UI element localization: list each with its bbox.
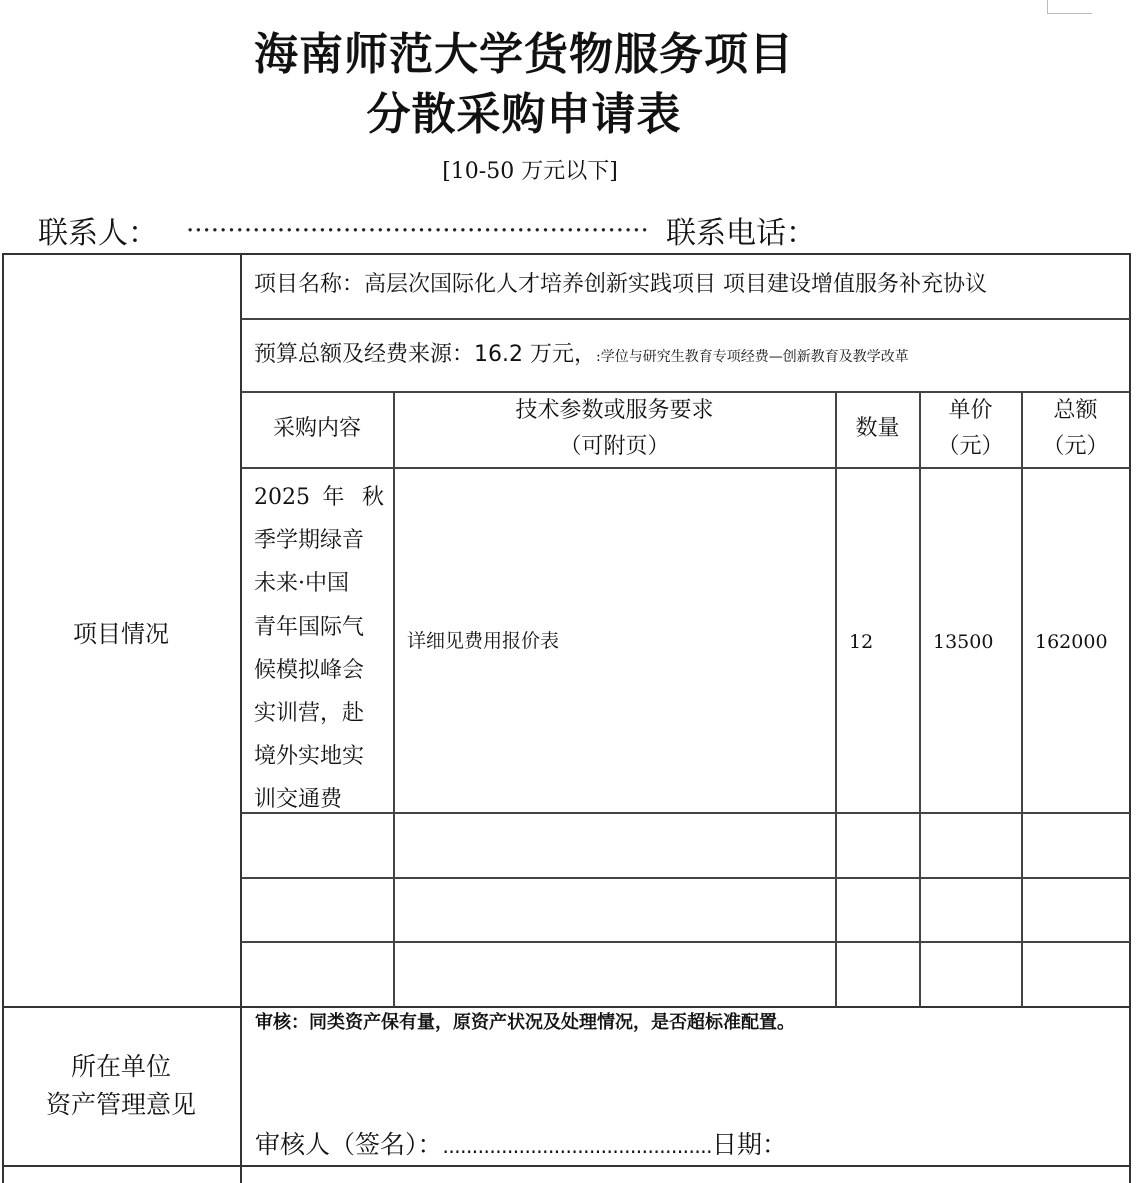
budget-source[interactable]: :学位与研究生教育专项经费—创新教育及教学改革 bbox=[596, 349, 909, 365]
header-requirements-note: （可附页） bbox=[394, 434, 835, 460]
row-divider bbox=[241, 467, 1130, 469]
budget-row: 预算总额及经费来源：16.2 万元，:学位与研究生教育专项经费—创新教育及教学改… bbox=[254, 342, 909, 368]
table-row-2-empty[interactable] bbox=[243, 814, 1128, 876]
asset-section-label-line1: 所在单位 bbox=[2, 1052, 240, 1082]
reviewer-signature-line: 审核人（签名）：................................… bbox=[255, 1130, 787, 1160]
content-line: 境外实地实 bbox=[254, 735, 384, 778]
header-unit-price-unit: （元） bbox=[920, 434, 1021, 460]
project-name-label: 项目名称： bbox=[254, 272, 364, 297]
contact-person-field[interactable]: ........................................… bbox=[186, 208, 648, 238]
document-subtitle: [10-50 万元以下] bbox=[0, 154, 1060, 185]
content-line: 未来·中国 bbox=[254, 562, 384, 605]
header-quantity: 数量 bbox=[836, 416, 919, 442]
contact-phone-label: 联系电话： bbox=[666, 208, 816, 252]
project-name-row: 项目名称：高层次国际化人才培养创新实践项目 项目建设增值服务补充协议 bbox=[254, 272, 987, 298]
header-total: 总额 bbox=[1022, 398, 1129, 424]
header-requirements: 技术参数或服务要求 bbox=[394, 398, 835, 424]
table-row-4-empty[interactable] bbox=[243, 943, 1128, 1005]
row-divider bbox=[241, 318, 1130, 320]
table-border-top bbox=[2, 253, 1131, 255]
project-section-label: 项目情况 bbox=[2, 620, 240, 649]
section-divider bbox=[2, 1165, 1131, 1167]
table-row-1-content[interactable]: 2025 年 秋 季学期绿音 未来·中国 青年国际气 候模拟峰会 实训营，赴 境… bbox=[254, 476, 384, 822]
table-row-1-unit-price[interactable]: 13500 bbox=[933, 631, 993, 654]
row-divider bbox=[241, 391, 1130, 393]
asset-review-note: 审核：同类资产保有量，原资产状况及处理情况，是否超标准配置。 bbox=[255, 1012, 795, 1034]
document-title-line1: 海南师范大学货物服务项目 bbox=[0, 18, 1054, 82]
page-corner-mark bbox=[1047, 0, 1092, 14]
reviewer-label: 审核人（签名）： bbox=[255, 1130, 443, 1159]
budget-label: 预算总额及经费来源： bbox=[254, 342, 474, 367]
table-row-1-requirements[interactable]: 详细见费用报价表 bbox=[407, 630, 559, 653]
review-date-label: 日期： bbox=[712, 1130, 787, 1159]
content-line: 2025 年 秋 bbox=[254, 476, 384, 519]
content-line: 候模拟峰会 bbox=[254, 649, 384, 692]
section-divider bbox=[2, 1006, 1131, 1008]
content-line: 实训营，赴 bbox=[254, 692, 384, 735]
table-row-1-total[interactable]: 162000 bbox=[1035, 631, 1108, 654]
table-row-3-empty[interactable] bbox=[243, 879, 1128, 940]
header-unit-price: 单价 bbox=[920, 398, 1021, 424]
contact-person-label: 联系人： bbox=[38, 208, 158, 252]
table-row-1-quantity[interactable]: 12 bbox=[849, 631, 873, 654]
content-line: 季学期绿音 bbox=[254, 519, 384, 562]
header-total-unit: （元） bbox=[1022, 434, 1129, 460]
document-title-line2: 分散采购申请表 bbox=[0, 78, 1054, 142]
content-line: 青年国际气 bbox=[254, 606, 384, 649]
header-procurement-content: 采购内容 bbox=[241, 416, 393, 442]
project-name-value[interactable]: 高层次国际化人才培养创新实践项目 项目建设增值服务补充协议 bbox=[364, 272, 987, 297]
asset-section-label-line2: 资产管理意见 bbox=[2, 1090, 240, 1120]
budget-amount[interactable]: 16.2 万元， bbox=[474, 342, 596, 367]
reviewer-signature-field[interactable]: ........................................… bbox=[443, 1134, 712, 1158]
table-border-left bbox=[2, 253, 4, 1183]
